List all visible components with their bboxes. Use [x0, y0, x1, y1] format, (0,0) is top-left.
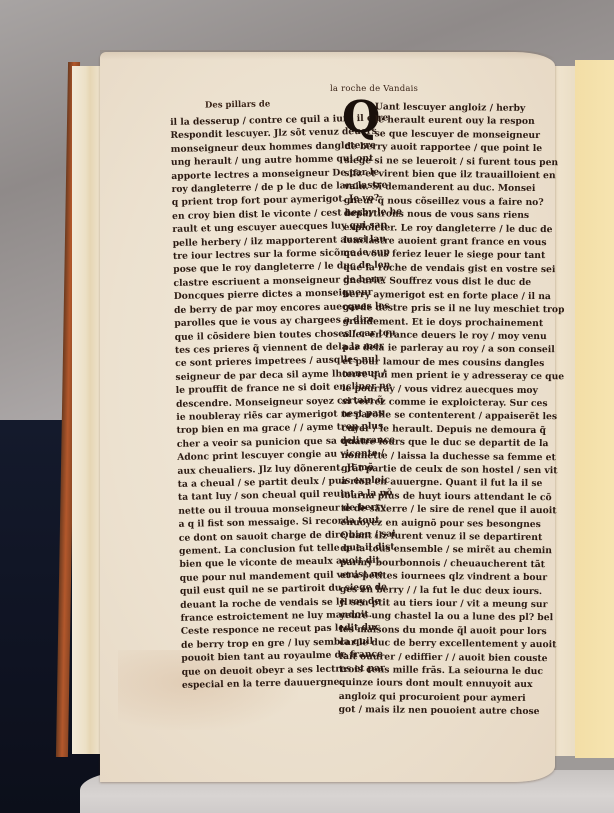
left-column-heading: Des pillars de: [205, 99, 270, 110]
endpaper: [575, 60, 614, 758]
stacked-page-edges-left: [72, 66, 102, 754]
text-line: terre qui men prient ie y adresseray ce …: [342, 368, 527, 383]
right-text-column: Uant lescuyer angloiz / herby le herault…: [339, 100, 530, 719]
text-line: got / mais ilz nen pouoient autre chose: [339, 703, 524, 718]
text-line: et a petites iournees qlz vindrent a bou…: [340, 569, 525, 584]
text-line: garde destre pris se il ne luy meschiet …: [343, 301, 528, 316]
text-line: te de sãxerre / le sire de renel que il …: [341, 502, 526, 517]
page-top-shadow: [100, 50, 555, 60]
text-line: de berry auoit rapportee / que point le: [344, 140, 529, 155]
text-line: quatre iours que le duc se departit de l…: [341, 435, 526, 450]
left-text-column: il la desserup / contre ce quil a iure i…: [170, 113, 347, 693]
